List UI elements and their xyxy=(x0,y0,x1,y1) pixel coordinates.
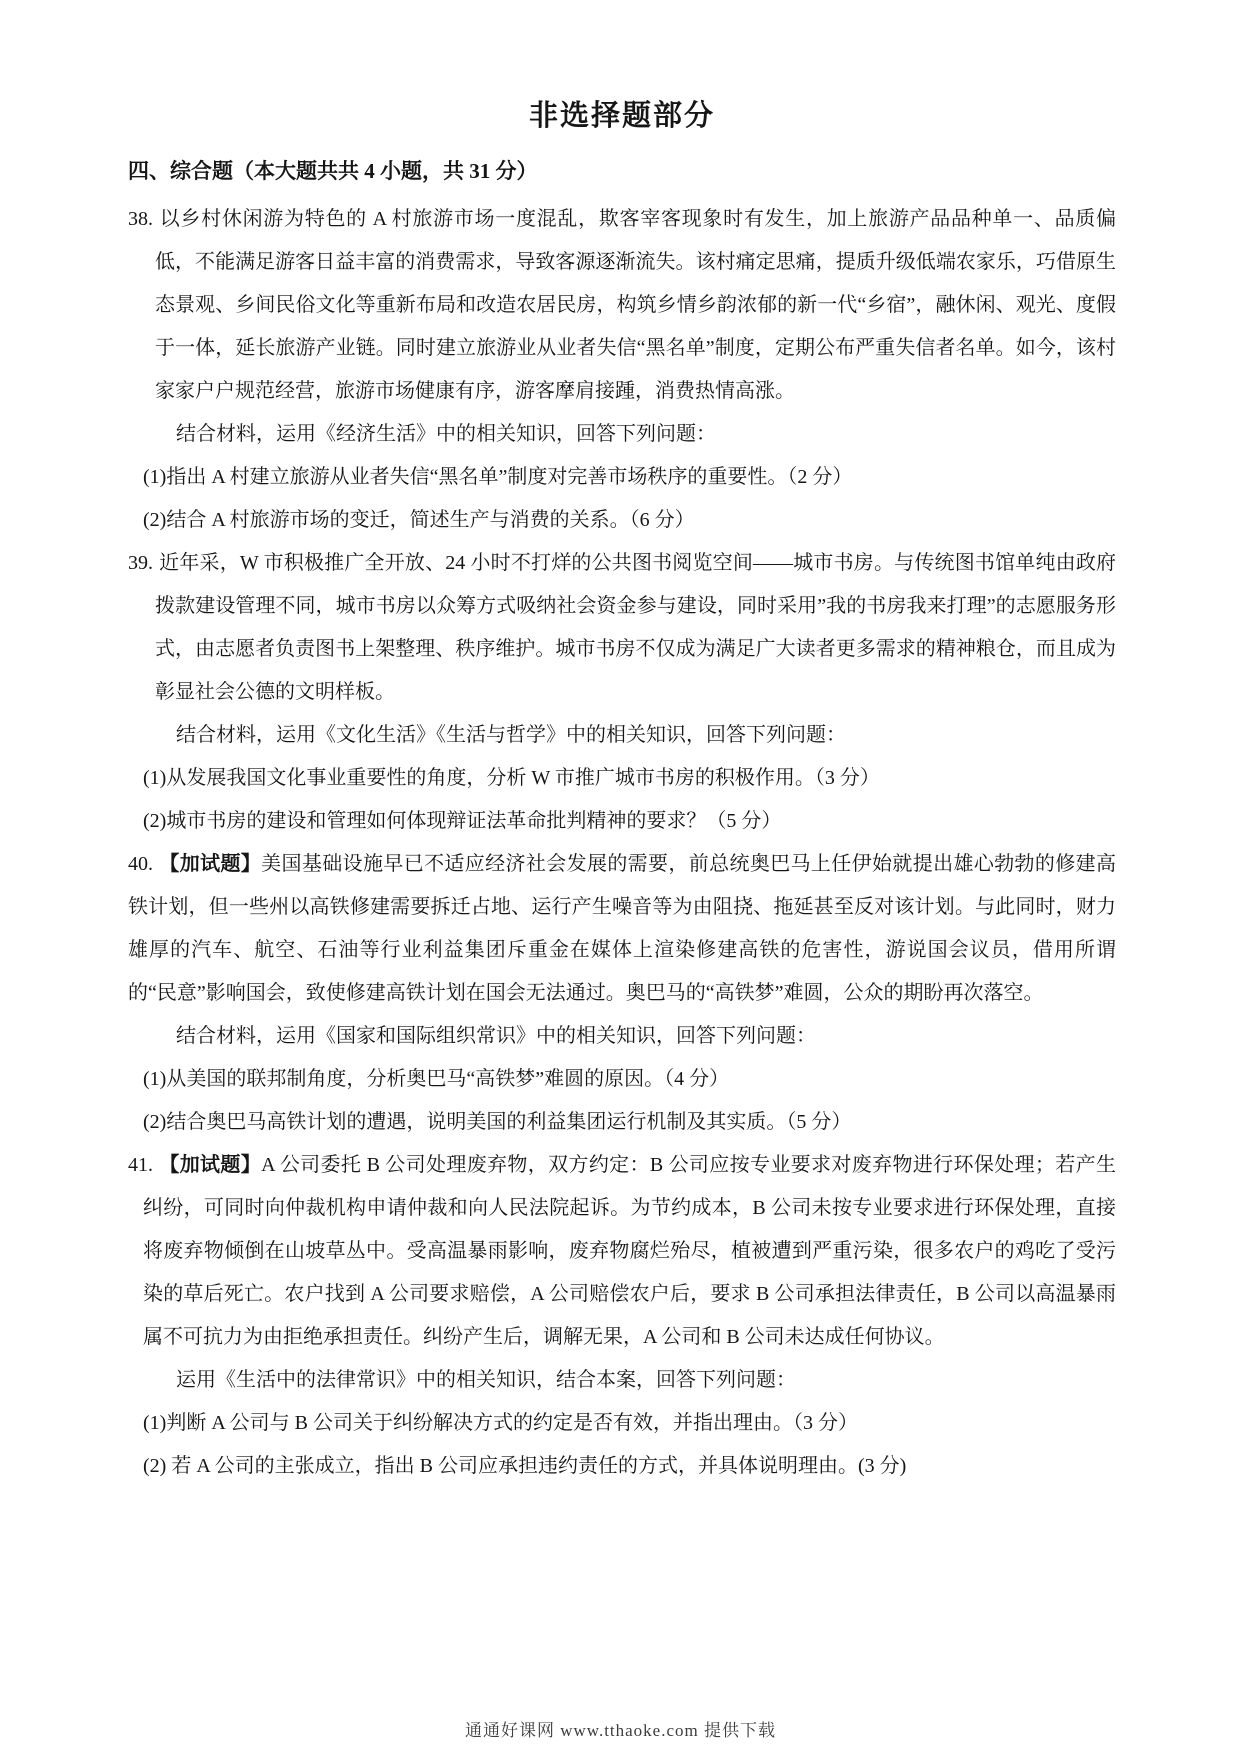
question-material-text: 以乡村休闲游为特色的 A 村旅游市场一度混乱，欺客宰客现象时有发生，加上旅游产品… xyxy=(155,208,1116,402)
exam-content: 非选择题部分 四、综合题（本大题共共 4 小题，共 31 分） 38.以乡村休闲… xyxy=(128,96,1116,1488)
question-41-material: 41.【加试题】A 公司委托 B 公司处理废弃物，双方约定：B 公司应按专业要求… xyxy=(128,1144,1116,1359)
question-41-sub-1: (1)判断 A 公司与 B 公司关于纠纷解决方式的约定是否有效，并指出理由。（3… xyxy=(128,1402,1116,1445)
question-39-sub-1: (1)从发展我国文化事业重要性的角度，分析 W 市推广城市书房的积极作用。（3 … xyxy=(128,757,1116,800)
question-38-sub-2: (2)结合 A 村旅游市场的变迁，简述生产与消费的关系。（6 分） xyxy=(128,499,1116,542)
question-40: 40.【加试题】美国基础设施早已不适应经济社会发展的需要，前总统奥巴马上任伊始就… xyxy=(128,843,1116,1144)
question-38-sub-1: (1)指出 A 村建立旅游从业者失信“黑名单”制度对完善市场秩序的重要性。（2 … xyxy=(128,456,1116,499)
question-number: 40. xyxy=(128,853,153,875)
question-39-instruction: 结合材料，运用《文化生活》《生活与哲学》中的相关知识，回答下列问题： xyxy=(128,714,1116,757)
question-number: 41. xyxy=(128,1154,153,1176)
question-material-text: 美国基础设施早已不适应经济社会发展的需要，前总统奥巴马上任伊始就提出雄心勃勃的修… xyxy=(128,853,1116,1004)
section-heading: 四、综合题（本大题共共 4 小题，共 31 分） xyxy=(128,154,1116,188)
question-40-instruction: 结合材料，运用《国家和国际组织常识》中的相关知识，回答下列问题： xyxy=(128,1015,1116,1058)
page-title: 非选择题部分 xyxy=(128,96,1116,136)
question-41: 41.【加试题】A 公司委托 B 公司处理废弃物，双方约定：B 公司应按专业要求… xyxy=(128,1144,1116,1488)
question-40-sub-1: (1)从美国的联邦制角度，分析奥巴马“高铁梦”难圆的原因。（4 分） xyxy=(128,1058,1116,1101)
question-material-text: A 公司委托 B 公司处理废弃物，双方约定：B 公司应按专业要求对废弃物进行环保… xyxy=(143,1154,1116,1348)
question-40-material: 40.【加试题】美国基础设施早已不适应经济社会发展的需要，前总统奥巴马上任伊始就… xyxy=(128,843,1116,1015)
question-material-text: 近年采，W 市积极推广全开放、24 小时不打烊的公共图书阅览空间——城市书房。与… xyxy=(155,552,1116,703)
question-tag: 【加试题】 xyxy=(159,1154,261,1176)
question-number: 38. xyxy=(128,208,153,230)
question-39-sub-2: (2)城市书房的建设和管理如何体现辩证法革命批判精神的要求？（5 分） xyxy=(128,800,1116,843)
question-38-instruction: 结合材料，运用《经济生活》中的相关知识，回答下列问题： xyxy=(128,413,1116,456)
question-41-sub-2: (2) 若 A 公司的主张成立，指出 B 公司应承担违约责任的方式，并具体说明理… xyxy=(128,1445,1116,1488)
exam-page: 非选择题部分 四、综合题（本大题共共 4 小题，共 31 分） 38.以乡村休闲… xyxy=(0,0,1241,1753)
question-39: 39.近年采，W 市积极推广全开放、24 小时不打烊的公共图书阅览空间——城市书… xyxy=(128,542,1116,843)
question-number: 39. xyxy=(128,552,153,574)
question-38-material: 38.以乡村休闲游为特色的 A 村旅游市场一度混乱，欺客宰客现象时有发生，加上旅… xyxy=(128,198,1116,413)
question-41-instruction: 运用《生活中的法律常识》中的相关知识，结合本案，回答下列问题： xyxy=(128,1359,1116,1402)
page-footer: 通通好课网 www.tthaoke.com 提供下载 xyxy=(0,1716,1241,1741)
question-38: 38.以乡村休闲游为特色的 A 村旅游市场一度混乱，欺客宰客现象时有发生，加上旅… xyxy=(128,198,1116,542)
question-39-material: 39.近年采，W 市积极推广全开放、24 小时不打烊的公共图书阅览空间——城市书… xyxy=(128,542,1116,714)
question-40-sub-2: (2)结合奥巴马高铁计划的遭遇，说明美国的利益集团运行机制及其实质。（5 分） xyxy=(128,1101,1116,1144)
question-tag: 【加试题】 xyxy=(159,853,261,875)
